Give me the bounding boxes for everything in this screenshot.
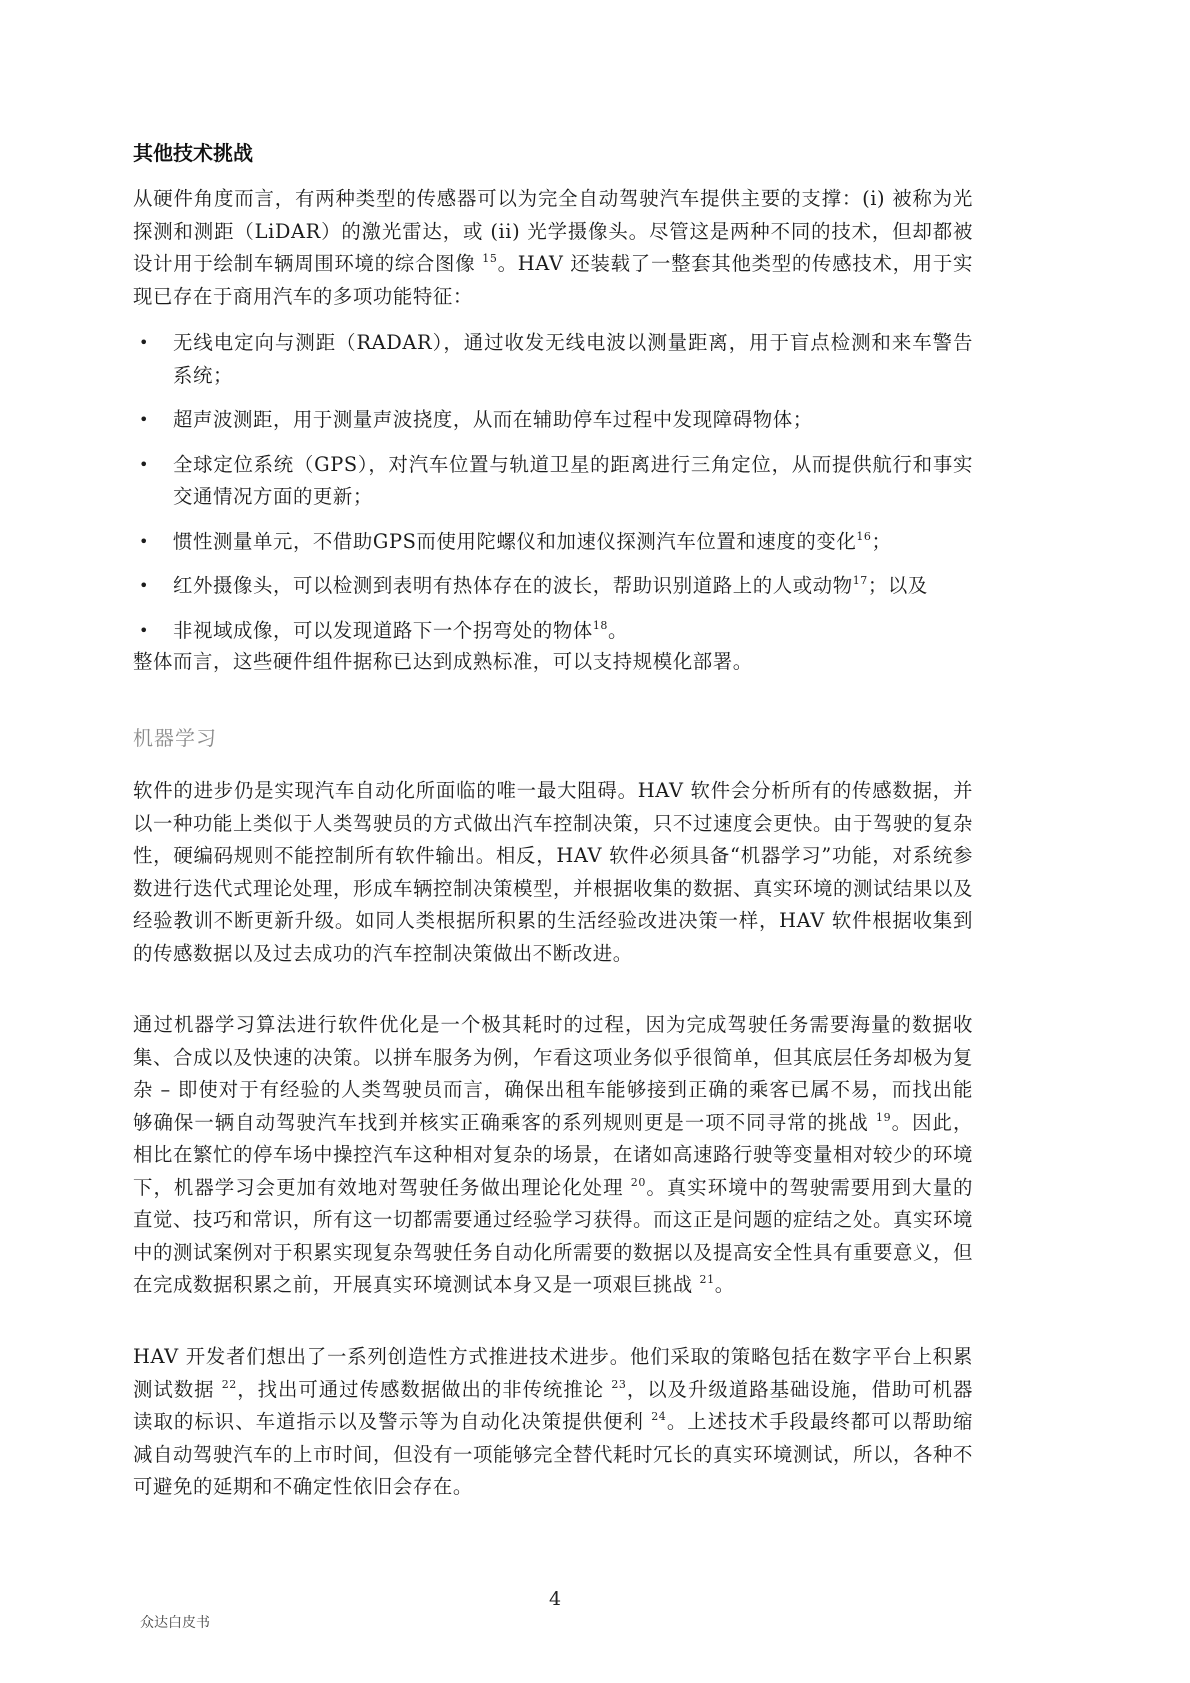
page-number: 4 (0, 1588, 1110, 1610)
footnote-ref[interactable]: 17 (853, 574, 868, 587)
paragraph-text: 通过机器学习算法进行软件优化是一个极其耗时的过程，因为完成驾驶任务需要海量的数据… (133, 1013, 973, 1134)
bullet-item-imu: •惯性测量单元，不借助GPS而使用陀螺仪和加速仪探测汽车位置和速度的变化16； (133, 526, 973, 559)
footnote-ref[interactable]: 16 (856, 530, 871, 543)
bullet-icon: • (139, 404, 149, 437)
footer-publication-name: 众达白皮书 (140, 1612, 210, 1632)
bullet-tail: 。 (608, 619, 628, 642)
bullet-text: 无线电定向与测距（RADAR），通过收发无线电波以测量距离，用于盲点检测和来车警… (173, 331, 973, 387)
footnote-ref[interactable]: 22 (222, 1378, 237, 1391)
footnote-ref[interactable]: 20 (631, 1176, 646, 1189)
footnote-ref[interactable]: 15 (482, 252, 497, 265)
hardware-summary-paragraph: 整体而言，这些硬件组件据称已达到成熟标准，可以支持规模化部署。 (133, 646, 973, 679)
paragraph-text: 。 (715, 1273, 735, 1296)
paragraph-text: ，找出可通过传感数据做出的非传统推论 (237, 1378, 611, 1401)
bullet-icon: • (139, 526, 149, 559)
bullet-item-ultrasonic: •超声波测距，用于测量声波挠度，从而在辅助停车过程中发现障碍物体； (133, 404, 973, 437)
ml-paragraph-2: 通过机器学习算法进行软件优化是一个极其耗时的过程，因为完成驾驶任务需要海量的数据… (133, 1009, 973, 1302)
section-heading-other-tech-challenges: 其他技术挑战 (133, 137, 253, 166)
bullet-item-infrared: •红外摄像头，可以检测到表明有热体存在的波长，帮助识别道路上的人或动物17；以及 (133, 570, 973, 603)
bullet-icon: • (139, 570, 149, 603)
bullet-icon: • (139, 615, 149, 648)
bullet-text: 非视域成像，可以发现道路下一个拐弯处的物体 (173, 619, 593, 642)
bullet-icon: • (139, 327, 149, 360)
ml-paragraph-1: 软件的进步仍是实现汽车自动化所面临的唯一最大阻碍。HAV 软件会分析所有的传感数… (133, 775, 973, 970)
bullet-item-gps: •全球定位系统（GPS），对汽车位置与轨道卫星的距离进行三角定位，从而提供航行和… (133, 449, 973, 514)
footnote-ref[interactable]: 24 (651, 1410, 666, 1423)
bullet-tail: ； (872, 530, 892, 553)
bullet-text: 红外摄像头，可以检测到表明有热体存在的波长，帮助识别道路上的人或动物 (173, 574, 853, 597)
footnote-ref[interactable]: 21 (700, 1273, 715, 1286)
bullet-tail: ；以及 (868, 574, 928, 597)
footnote-ref[interactable]: 18 (593, 619, 608, 632)
bullet-item-nlos-imaging: •非视域成像，可以发现道路下一个拐弯处的物体18。 (133, 615, 973, 648)
bullet-text: 惯性测量单元，不借助GPS而使用陀螺仪和加速仪探测汽车位置和速度的变化 (173, 530, 856, 553)
footnote-ref[interactable]: 19 (876, 1111, 891, 1124)
ml-paragraph-3: HAV 开发者们想出了一系列创造性方式推进技术进步。他们采取的策略包括在数字平台… (133, 1341, 973, 1504)
bullet-icon: • (139, 449, 149, 482)
bullet-text: 全球定位系统（GPS），对汽车位置与轨道卫星的距离进行三角定位，从而提供航行和事… (173, 453, 973, 509)
section-heading-machine-learning: 机器学习 (133, 722, 217, 751)
sensor-bullet-list: •无线电定向与测距（RADAR），通过收发无线电波以测量距离，用于盲点检测和来车… (133, 327, 973, 659)
bullet-item-radar: •无线电定向与测距（RADAR），通过收发无线电波以测量距离，用于盲点检测和来车… (133, 327, 973, 392)
footnote-ref[interactable]: 23 (611, 1378, 626, 1391)
intro-paragraph: 从硬件角度而言，有两种类型的传感器可以为完全自动驾驶汽车提供主要的支撑：(i) … (133, 183, 973, 313)
bullet-text: 超声波测距，用于测量声波挠度，从而在辅助停车过程中发现障碍物体； (173, 408, 813, 431)
